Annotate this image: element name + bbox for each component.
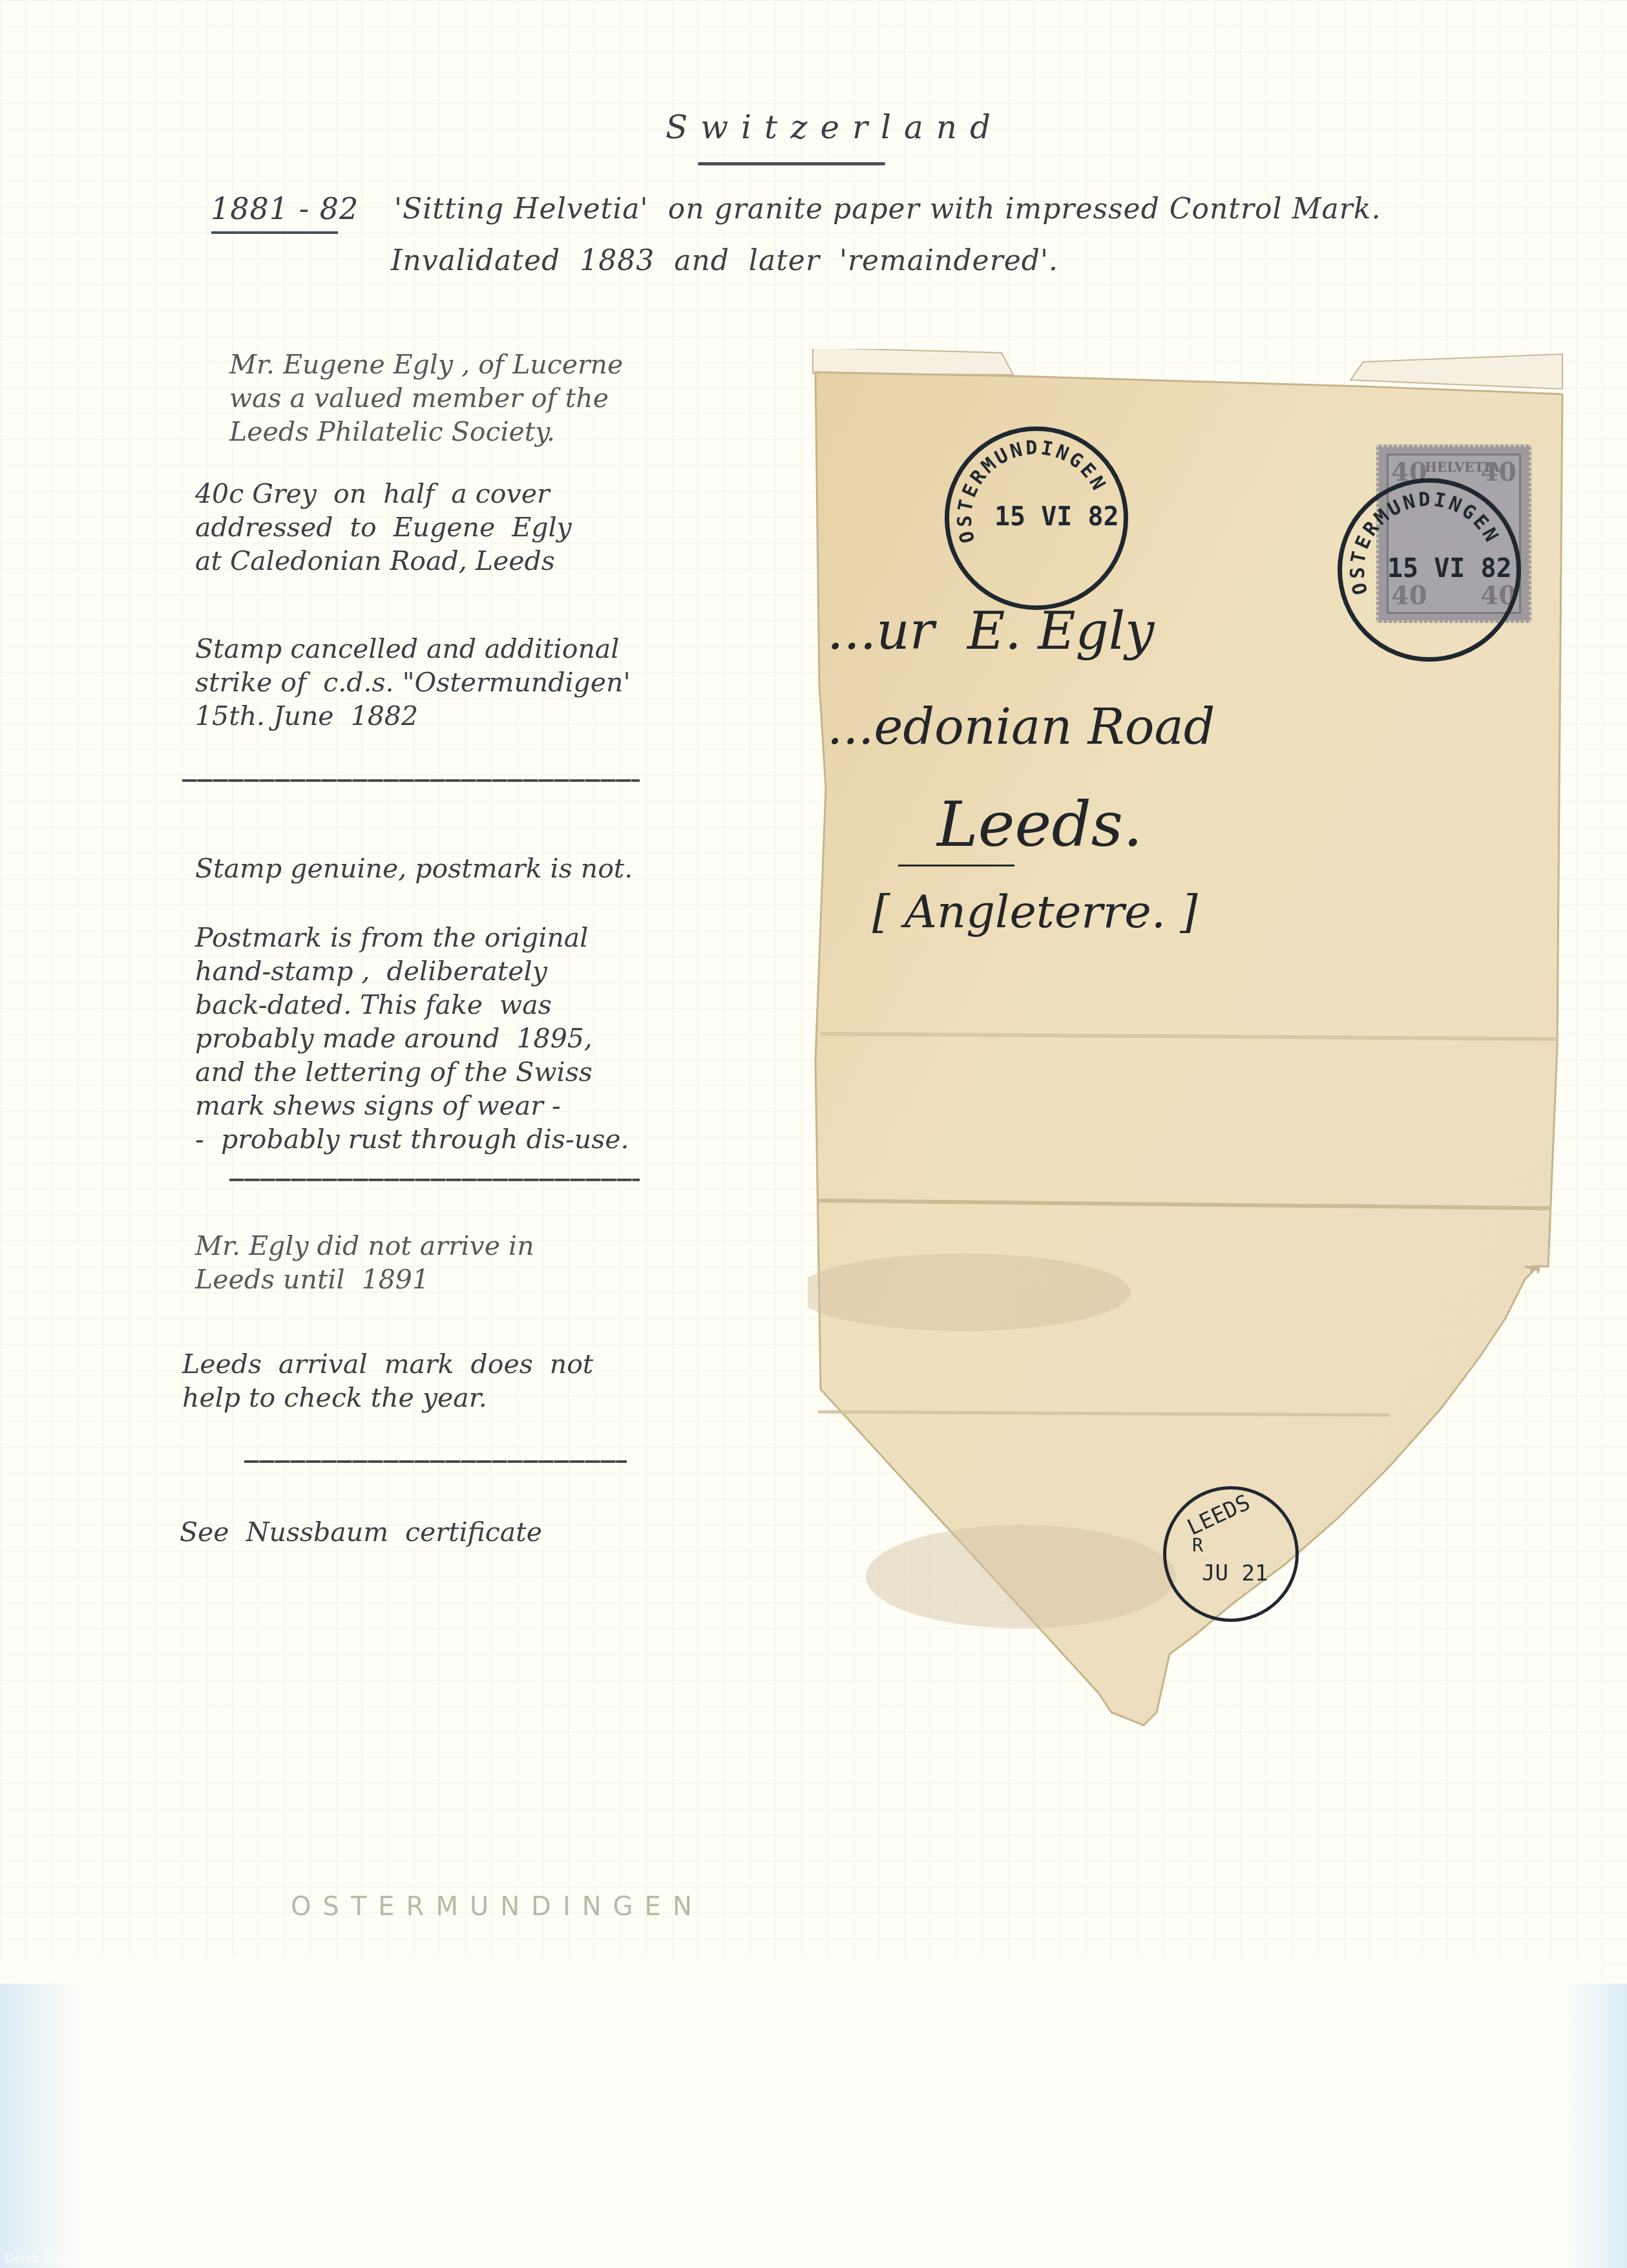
issue-description: 'Sitting Helvetia' on granite paper with…: [394, 193, 1381, 226]
section-divider: [229, 1179, 640, 1181]
scanner-background: [0, 1958, 1627, 2268]
arrival-date: JU 21: [1202, 1560, 1268, 1586]
note-verdict: Stamp genuine, postmark is not.: [195, 852, 633, 885]
note-explanation: Postmark is from the original hand-stamp…: [195, 921, 629, 1156]
postmark-leeds-arrival: LEEDS R JU 21: [1163, 1486, 1299, 1622]
title-underline: [698, 162, 885, 165]
note-arrival-date: Mr. Egly did not arrive in Leeds until 1…: [195, 1229, 534, 1296]
issue-date-range: 1881 - 82: [211, 191, 359, 226]
note-cover-description: 40c Grey on half a cover addressed to Eu…: [195, 477, 572, 578]
page-title: Switzerland: [666, 109, 1003, 146]
date-underline: [211, 231, 338, 234]
address-line-street: ...edonian Road: [827, 698, 1215, 755]
address-line-country: [ Angleterre. ]: [872, 885, 1198, 938]
city-underline: [898, 865, 1014, 866]
section-divider: [244, 1460, 627, 1463]
note-egly-intro: Mr. Eugene Egly , of Lucerne was a value…: [229, 348, 623, 448]
note-certificate: See Nussbaum certificate: [180, 1515, 542, 1549]
arrival-code: R: [1192, 1535, 1203, 1556]
postmark-ostermundigen-2: OSTERMUNDINGEN 15 VI 82: [1338, 478, 1521, 662]
scan-watermark: Derek Baron: [5, 2252, 78, 2265]
address-line-city: Leeds.: [937, 788, 1143, 861]
pencil-note: OSTERMUNDINGEN: [291, 1892, 704, 1922]
postmark-date: 15 VI 82: [994, 502, 1119, 532]
address-line-name: ...ur E. Egly: [827, 601, 1155, 661]
postmark-ostermundigen-1: OSTERMUNDINGEN 15 VI 82: [945, 426, 1128, 610]
section-divider: [182, 779, 640, 782]
note-cancel-description: Stamp cancelled and additional strike of…: [195, 632, 631, 733]
album-page-edge: [0, 1958, 1602, 1984]
note-arrival-mark: Leeds arrival mark does not help to chec…: [182, 1347, 593, 1414]
arrival-town: LEEDS: [1183, 1489, 1254, 1541]
postmark-date: 15 VI 82: [1387, 554, 1512, 583]
issue-status: Invalidated 1883 and later 'remaindered'…: [391, 244, 1058, 277]
